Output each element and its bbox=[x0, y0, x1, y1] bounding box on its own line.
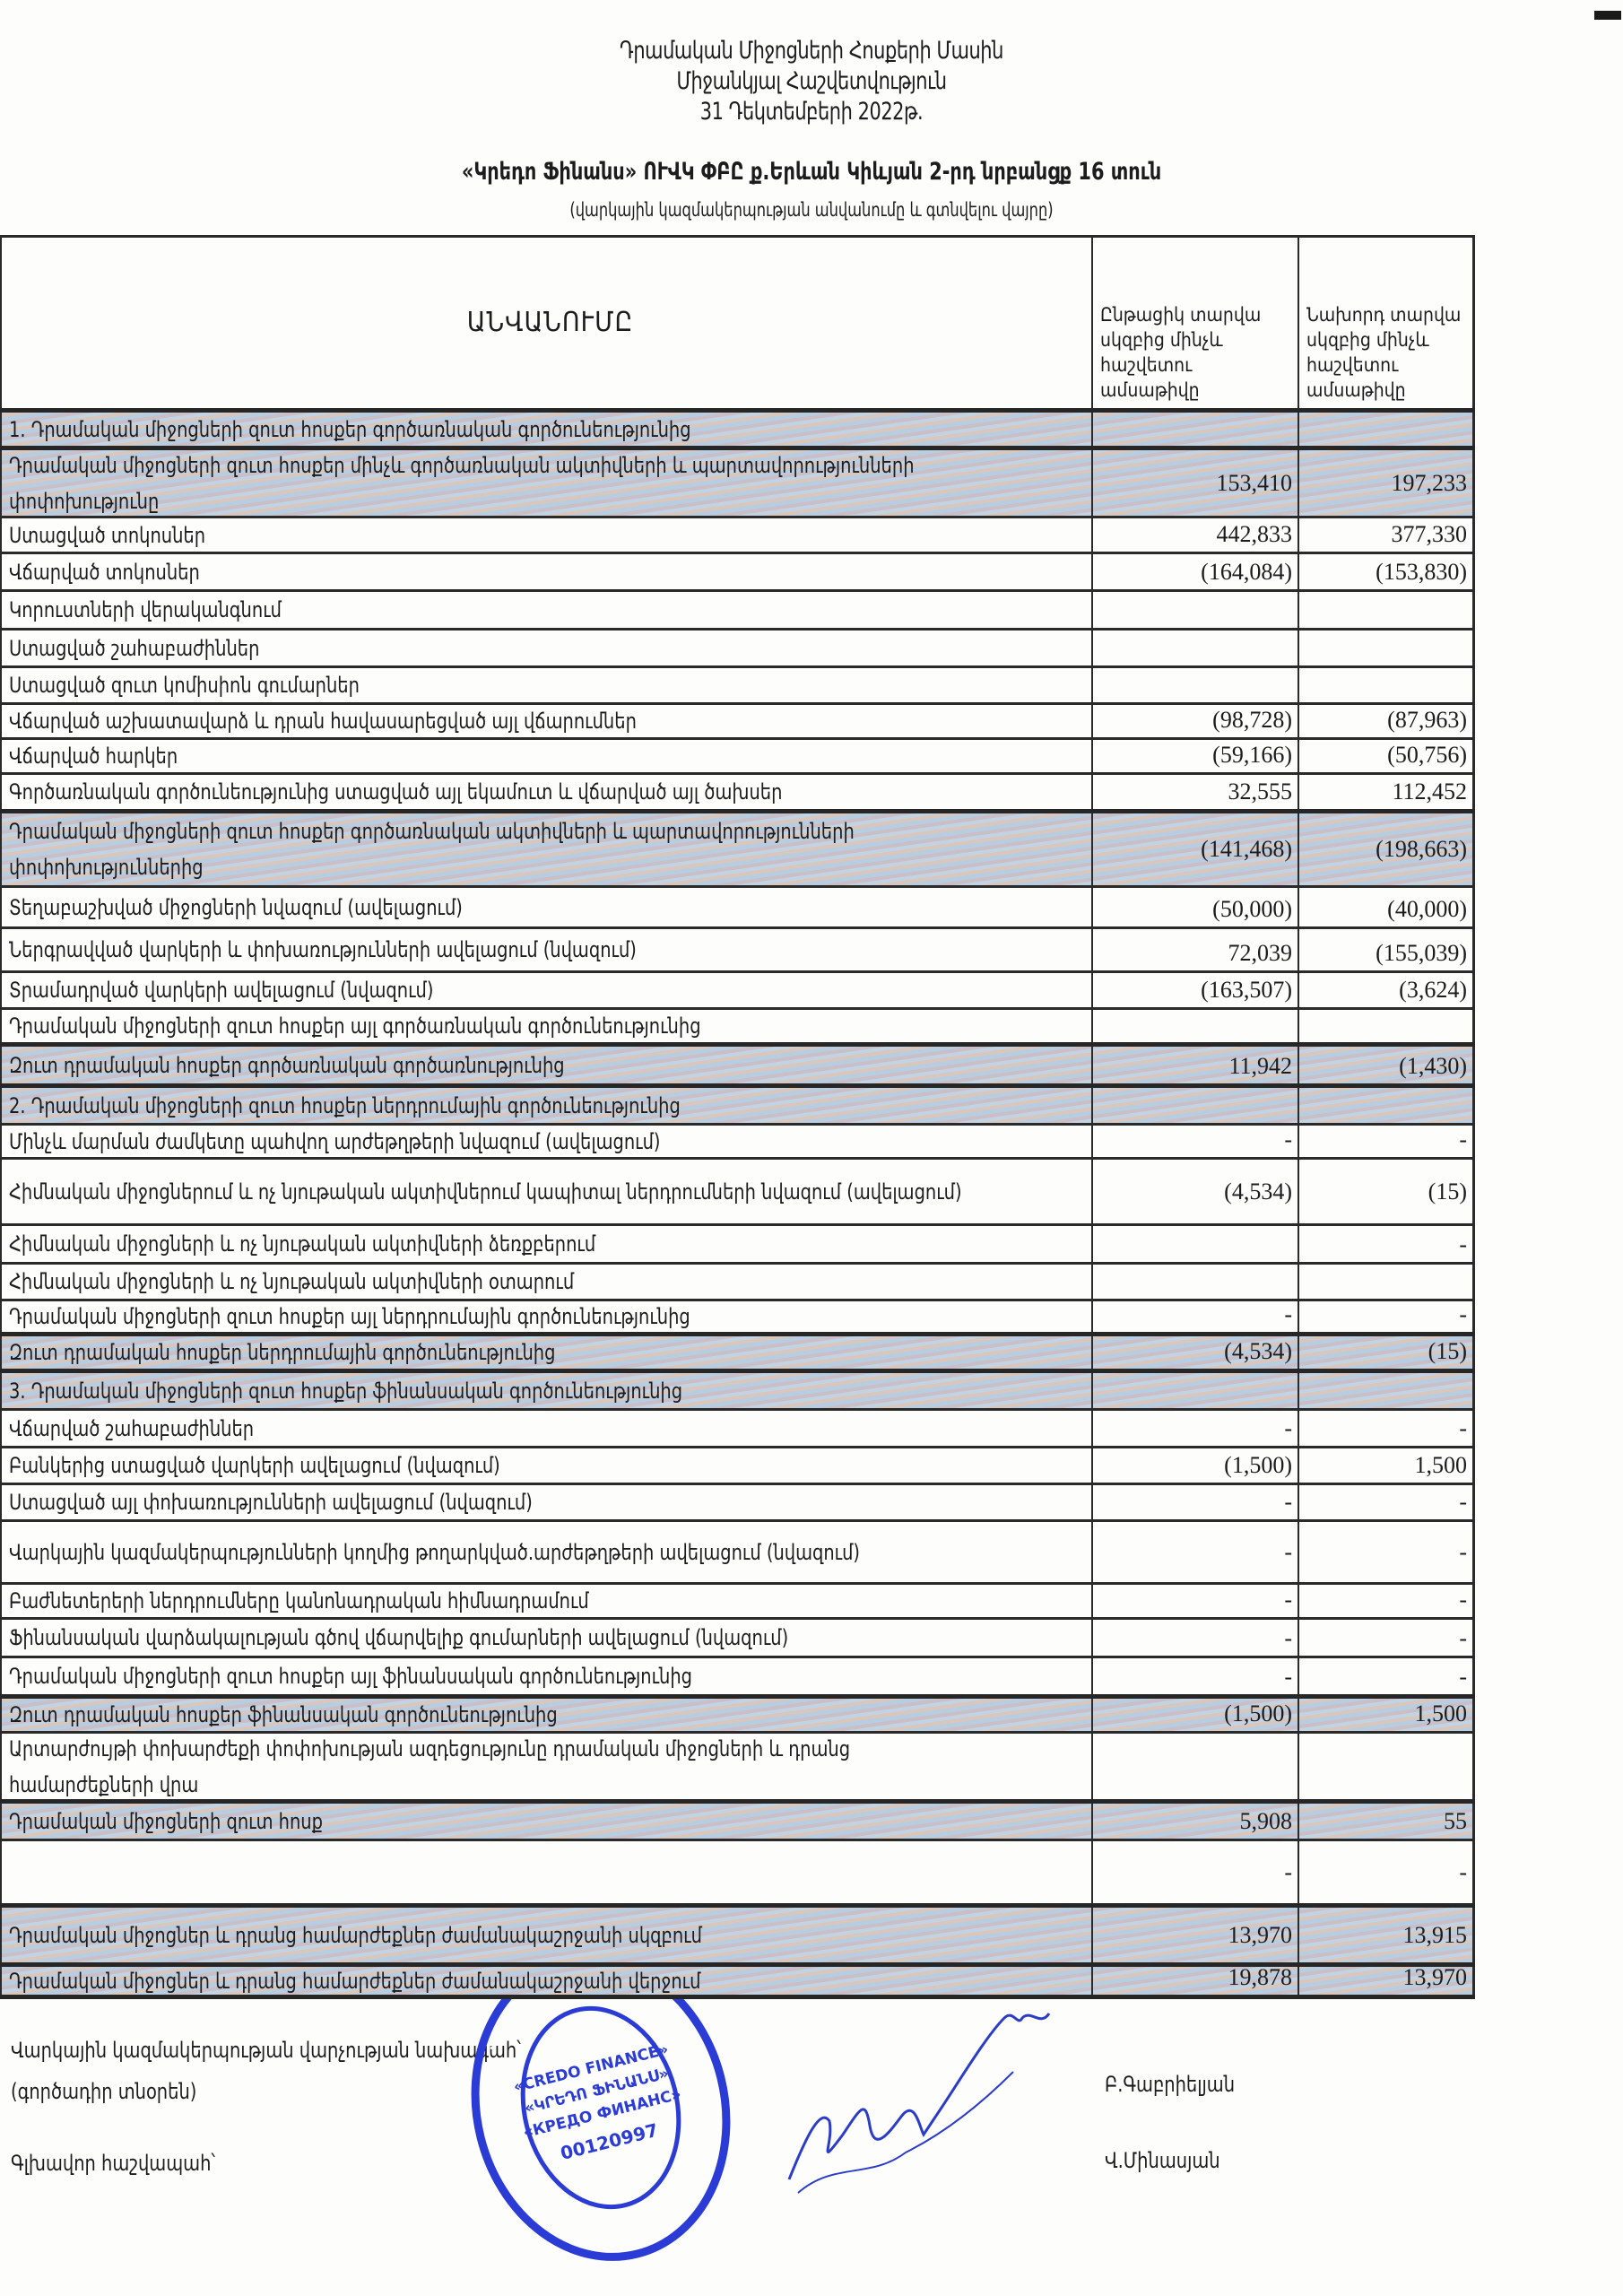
value-previous bbox=[1298, 1373, 1475, 1408]
row-label-text: Մինչև մարման ժամկետը պահվող արժեթղթերի ն… bbox=[9, 1124, 661, 1160]
value-previous: (153,830) bbox=[1298, 554, 1475, 589]
column-header-current: Ընթացիկ տարվա սկզբից մինչև հաշվետու ամսա… bbox=[1091, 238, 1298, 408]
value-previous: - bbox=[1298, 1301, 1475, 1332]
value-previous-text: 1,500 bbox=[1415, 1700, 1468, 1727]
row-label-text: Ստացված շահաբաժիններ bbox=[9, 631, 259, 666]
value-current-text: 13,970 bbox=[1228, 1922, 1293, 1949]
value-previous-text: 13,970 bbox=[1403, 1964, 1468, 1991]
value-previous: - bbox=[1298, 1226, 1475, 1262]
title-line-3: 31 Դեկտեմբերի 2022թ. bbox=[114, 97, 1510, 127]
row-label-text: Հիմնական միջոցների և ոչ նյութական ակտիվն… bbox=[9, 1226, 595, 1262]
value-current: - bbox=[1091, 1620, 1298, 1656]
table-row: Դրամական միջոցների զուտ հոսքեր այլ ֆինան… bbox=[0, 1656, 1475, 1694]
row-label: 3. Դրամական միջոցների զուտ հոսքեր ֆինանս… bbox=[0, 1373, 1091, 1408]
value-current bbox=[1091, 1373, 1298, 1408]
value-previous-text: - bbox=[1459, 1126, 1467, 1153]
row-label: Գործառնական գործունեությունից ստացված այ… bbox=[0, 775, 1091, 809]
value-current: - bbox=[1091, 1485, 1298, 1519]
value-previous-text: (153,830) bbox=[1376, 559, 1467, 586]
value-current-text: (141,468) bbox=[1201, 836, 1292, 863]
row-label-text: Ստացված այլ փոխառությունների ավելացում (… bbox=[9, 1484, 533, 1520]
value-previous-text: 1,500 bbox=[1415, 1452, 1468, 1479]
table-row: Վարկային կազմակերպությունների կողմից թող… bbox=[0, 1519, 1475, 1582]
table-row: Ստացված զուտ կոմիսիոն գումարներ bbox=[0, 665, 1475, 702]
table-row: Ստացված տոկոսներ442,833377,330 bbox=[0, 516, 1475, 552]
row-label: Հիմնական միջոցների և ոչ նյութական ակտիվն… bbox=[0, 1265, 1091, 1299]
row-label: Վճարված աշխատավարձ և դրան հավասարեցված ա… bbox=[0, 705, 1091, 737]
table-row: Մինչև մարման ժամկետը պահվող արժեթղթերի ն… bbox=[0, 1123, 1475, 1157]
value-current-text: 11,942 bbox=[1228, 1053, 1292, 1080]
director-caption: (գործադիր տնօրեն) bbox=[11, 2079, 196, 2104]
value-current-text: (163,507) bbox=[1201, 977, 1292, 1004]
table-row: Ստացված շահաբաժիններ bbox=[0, 628, 1475, 665]
value-previous: (3,624) bbox=[1298, 973, 1475, 1007]
value-current-text: - bbox=[1284, 1625, 1292, 1652]
table-bottom-border bbox=[0, 1995, 1475, 1999]
table-row: Վճարված տոկոսներ(164,084)(153,830) bbox=[0, 552, 1475, 589]
value-previous-text: (198,663) bbox=[1376, 836, 1467, 863]
value-current-text: - bbox=[1284, 1859, 1292, 1886]
value-previous bbox=[1298, 1088, 1475, 1123]
value-previous-text: (1,430) bbox=[1399, 1053, 1467, 1080]
row-label: Ստացված տոկոսներ bbox=[0, 518, 1091, 552]
row-label-text: Հիմնական միջոցներում և ոչ նյութական ակտի… bbox=[9, 1174, 962, 1210]
row-label: Տրամադրված վարկերի ավելացում (նվազում) bbox=[0, 973, 1091, 1007]
row-label-text: Դրամական միջոցների զուտ հոսք bbox=[9, 1804, 323, 1839]
value-previous-text: - bbox=[1459, 1625, 1467, 1652]
value-current: 153,410 bbox=[1091, 450, 1298, 516]
row-label-text: Զուտ դրամական հոսքեր ներդրումային գործու… bbox=[9, 1335, 555, 1370]
table-row: Բանկերից ստացված վարկերի ավելացում (նվազ… bbox=[0, 1446, 1475, 1483]
table-row: Դրամական միջոցների զուտ հոսք5,90855 bbox=[0, 1799, 1475, 1839]
value-current-text: (98,728) bbox=[1212, 707, 1292, 734]
table-row: Հիմնական միջոցների և ոչ նյութական ակտիվն… bbox=[0, 1223, 1475, 1262]
row-label-text: Զուտ դրամական հոսքեր գործառնական գործառն… bbox=[9, 1048, 565, 1083]
value-previous bbox=[1298, 1265, 1475, 1299]
table-row: 1. Դրամական միջոցների զուտ հոսքեր գործառ… bbox=[0, 408, 1475, 446]
value-previous-text: - bbox=[1459, 1539, 1467, 1566]
value-current: 19,878 bbox=[1091, 1967, 1298, 1995]
value-previous: (198,663) bbox=[1298, 813, 1475, 885]
value-previous-text: - bbox=[1459, 1415, 1467, 1442]
row-label: Ստացված այլ փոխառությունների ավելացում (… bbox=[0, 1485, 1091, 1519]
row-label: Զուտ դրամական հոսքեր գործառնական գործառն… bbox=[0, 1047, 1091, 1083]
value-previous: (15) bbox=[1298, 1160, 1475, 1223]
value-current: 13,970 bbox=[1091, 1908, 1298, 1962]
row-label-text: 3. Դրամական միջոցների զուտ հոսքեր ֆինանս… bbox=[9, 1373, 682, 1409]
column-header-previous: Նախորդ տարվա սկզբից մինչև հաշվետու ամսաթ… bbox=[1298, 238, 1475, 408]
row-label: Հիմնական միջոցների և ոչ նյութական ակտիվն… bbox=[0, 1226, 1091, 1262]
value-previous-text: (87,963) bbox=[1387, 707, 1467, 734]
table-row: Վճարված հարկեր(59,166)(50,756) bbox=[0, 737, 1475, 772]
row-label-text: 2. Դրամական միջոցների զուտ հոսքեր ներդրո… bbox=[9, 1088, 681, 1124]
value-current: (4,534) bbox=[1091, 1160, 1298, 1223]
value-previous-text: 377,330 bbox=[1392, 521, 1468, 548]
value-current-text: (1,500) bbox=[1224, 1700, 1292, 1727]
row-label-text: Վճարված տոկոսներ bbox=[9, 554, 200, 590]
value-current: (141,468) bbox=[1091, 813, 1298, 885]
row-label: Դրամական միջոցներ և դրանց համարժեքներ ժա… bbox=[0, 1967, 1091, 1995]
accountant-name: Վ.Մինասյան bbox=[1105, 2148, 1220, 2173]
table-row: Զուտ դրամական հոսքեր գործառնական գործառն… bbox=[0, 1042, 1475, 1083]
row-label-text: Ֆինանսական վարձակալության գծով վճարվելիք… bbox=[9, 1620, 788, 1656]
value-previous: (87,963) bbox=[1298, 705, 1475, 737]
value-previous: 112,452 bbox=[1298, 775, 1475, 809]
value-previous: (50,756) bbox=[1298, 740, 1475, 772]
value-current-text: 32,555 bbox=[1228, 778, 1293, 805]
row-label: Արտարժույթի փոխարժեքի փոփոխության ազդեցո… bbox=[0, 1734, 1091, 1799]
table-row: Վճարված աշխատավարձ և դրան հավասարեցված ա… bbox=[0, 702, 1475, 737]
value-previous: - bbox=[1298, 1485, 1475, 1519]
value-previous-text: (40,000) bbox=[1387, 896, 1467, 923]
value-previous: 197,233 bbox=[1298, 450, 1475, 516]
value-previous: 13,915 bbox=[1298, 1908, 1475, 1962]
value-previous-text: 197,233 bbox=[1392, 470, 1468, 497]
company-caption: (վարկային կազմակերպության անվանումը և գտ… bbox=[114, 199, 1510, 221]
row-label: Տեղաբաշխված միջոցների նվազում (ավելացում… bbox=[0, 888, 1091, 926]
row-label-text: Վճարված շահաբաժիններ bbox=[9, 1411, 254, 1447]
value-previous: 55 bbox=[1298, 1804, 1475, 1839]
value-previous: - bbox=[1298, 1841, 1475, 1903]
company-name-address: «Կրեդո Ֆինանս» ՈՒՎԿ ՓԲԸ ք.Երևան Կիևյան 2… bbox=[114, 158, 1510, 186]
table-row: Ստացված այլ փոխառությունների ավելացում (… bbox=[0, 1483, 1475, 1519]
row-label-text: Ստացված զուտ կոմիսիոն գումարներ bbox=[9, 667, 360, 703]
row-label-text: Արտարժույթի փոխարժեքի փոփոխության ազդեցո… bbox=[9, 1731, 983, 1803]
value-current bbox=[1091, 1265, 1298, 1299]
value-previous bbox=[1298, 1010, 1475, 1042]
value-previous bbox=[1298, 413, 1475, 446]
value-current-text: 5,908 bbox=[1240, 1808, 1293, 1835]
row-label: Վճարված հարկեր bbox=[0, 740, 1091, 772]
row-label-text: Տրամադրված վարկերի ավելացում (նվազում) bbox=[9, 972, 433, 1008]
row-label: Դրամական միջոցների զուտ հոսքեր գործառնակ… bbox=[0, 813, 1091, 885]
title-line-1: Դրամական Միջոցների Հոսքերի Մասին bbox=[114, 36, 1510, 66]
row-label-text: Ներգրավված վարկերի և փոխառությունների ավ… bbox=[9, 932, 637, 968]
value-previous-text: - bbox=[1459, 1587, 1467, 1613]
value-current: - bbox=[1091, 1301, 1298, 1332]
row-label: Հիմնական միջոցներում և ոչ նյութական ակտի… bbox=[0, 1160, 1091, 1223]
value-current-text: - bbox=[1284, 1489, 1292, 1516]
column-header-name: ԱՆՎԱՆՈՒՄԸ bbox=[0, 238, 1091, 408]
row-label-text: Դրամական միջոցների զուտ հոսքեր մինչև գոր… bbox=[9, 448, 983, 519]
value-current: (1,500) bbox=[1091, 1448, 1298, 1483]
row-label-text: Ստացված տոկոսներ bbox=[9, 517, 205, 553]
row-label: 1. Դրամական միջոցների զուտ հոսքեր գործառ… bbox=[0, 413, 1091, 446]
value-previous: (155,039) bbox=[1298, 929, 1475, 970]
value-previous: - bbox=[1298, 1522, 1475, 1582]
row-label: Դրամական միջոցների զուտ հոսք bbox=[0, 1804, 1091, 1839]
value-current: (4,534) bbox=[1091, 1336, 1298, 1369]
value-current-text: - bbox=[1284, 1301, 1292, 1328]
value-current: (98,728) bbox=[1091, 705, 1298, 737]
value-current bbox=[1091, 1226, 1298, 1262]
value-current-text: - bbox=[1284, 1126, 1292, 1153]
row-label-text: Գործառնական գործունեությունից ստացված այ… bbox=[9, 774, 782, 810]
value-previous: (15) bbox=[1298, 1336, 1475, 1369]
value-previous-text: 112,452 bbox=[1392, 778, 1467, 805]
value-current-text: (164,084) bbox=[1201, 559, 1292, 586]
row-label-text: Բանկերից ստացված վարկերի ավելացում (նվազ… bbox=[9, 1448, 500, 1483]
value-current-text: - bbox=[1284, 1664, 1292, 1691]
value-current-text: 19,878 bbox=[1228, 1964, 1293, 1991]
value-previous: - bbox=[1298, 1620, 1475, 1656]
value-current: - bbox=[1091, 1658, 1298, 1694]
row-label: Դրամական միջոցների զուտ հոսքեր մինչև գոր… bbox=[0, 450, 1091, 516]
table-row: 3. Դրամական միջոցների զուտ հոսքեր ֆինանս… bbox=[0, 1369, 1475, 1408]
director-label: Վարկային կազմակերպության վարչության նախա… bbox=[11, 2038, 521, 2063]
table-row: Դրամական միջոցների զուտ հոսքեր այլ գործա… bbox=[0, 1007, 1475, 1042]
table-row: Հիմնական միջոցներում և ոչ նյութական ակտի… bbox=[0, 1157, 1475, 1223]
value-current bbox=[1091, 592, 1298, 628]
value-current: - bbox=[1091, 1522, 1298, 1582]
signature-icon bbox=[780, 2000, 1076, 2206]
value-current bbox=[1091, 631, 1298, 665]
value-previous: 1,500 bbox=[1298, 1699, 1475, 1731]
value-current-text: - bbox=[1284, 1539, 1292, 1566]
row-label: Զուտ դրամական հոսքեր ֆինանսական գործունե… bbox=[0, 1699, 1091, 1731]
value-current: 5,908 bbox=[1091, 1804, 1298, 1839]
value-previous: 13,970 bbox=[1298, 1967, 1475, 1995]
value-current: - bbox=[1091, 1411, 1298, 1446]
value-previous-text: (155,039) bbox=[1376, 940, 1467, 967]
value-current bbox=[1091, 1010, 1298, 1042]
value-previous-text: - bbox=[1459, 1664, 1467, 1691]
value-current: (50,000) bbox=[1091, 888, 1298, 926]
accountant-label: Գլխավոր հաշվապահ՝ bbox=[11, 2151, 215, 2176]
table-row: Դրամական միջոցներ և դրանց համարժեքներ ժա… bbox=[0, 1903, 1475, 1962]
row-label: Վճարված տոկոսներ bbox=[0, 554, 1091, 589]
row-label: Բանկերից ստացված վարկերի ավելացում (նվազ… bbox=[0, 1448, 1091, 1483]
value-current-text: (50,000) bbox=[1212, 896, 1292, 923]
row-label: Վճարված շահաբաժիններ bbox=[0, 1411, 1091, 1446]
row-label: Մինչև մարման ժամկետը պահվող արժեթղթերի ն… bbox=[0, 1126, 1091, 1157]
value-current: - bbox=[1091, 1126, 1298, 1157]
row-label-text: Դրամական միջոցներ և դրանց համարժեքներ ժա… bbox=[9, 1963, 700, 1999]
value-previous bbox=[1298, 668, 1475, 702]
table-row: Դրամական միջոցներ և դրանց համարժեքներ ժա… bbox=[0, 1962, 1475, 1995]
row-label-text: Զուտ դրամական հոսքեր ֆինանսական գործունե… bbox=[9, 1697, 558, 1733]
value-previous: - bbox=[1298, 1658, 1475, 1694]
value-previous-text: - bbox=[1459, 1231, 1467, 1258]
value-current: (164,084) bbox=[1091, 554, 1298, 589]
value-current bbox=[1091, 1734, 1298, 1799]
value-current: 11,942 bbox=[1091, 1047, 1298, 1083]
value-current: (163,507) bbox=[1091, 973, 1298, 1007]
value-current-text: - bbox=[1284, 1415, 1292, 1442]
scan-mark bbox=[1594, 11, 1621, 20]
value-current: 442,833 bbox=[1091, 518, 1298, 552]
table-row: Տեղաբաշխված միջոցների նվազում (ավելացում… bbox=[0, 885, 1475, 926]
value-previous-text: - bbox=[1459, 1859, 1467, 1886]
value-previous: 1,500 bbox=[1298, 1448, 1475, 1483]
value-previous: - bbox=[1298, 1411, 1475, 1446]
table-row: Կորուստների վերականգնում bbox=[0, 589, 1475, 628]
row-label: Զուտ դրամական հոսքեր ներդրումային գործու… bbox=[0, 1336, 1091, 1369]
row-label-text: Բաժնետերերի ներդրումները կանոնադրական հի… bbox=[9, 1583, 589, 1619]
row-label-text: Վարկային կազմակերպությունների կողմից թող… bbox=[9, 1535, 860, 1570]
value-current-text: 153,410 bbox=[1217, 470, 1293, 497]
table-row: -- bbox=[0, 1839, 1475, 1903]
value-previous-text: - bbox=[1459, 1301, 1467, 1328]
row-label-text: 1. Դրամական միջոցների զուտ հոսքեր գործառ… bbox=[9, 412, 691, 448]
table-header: ԱՆՎԱՆՈՒՄԸԸնթացիկ տարվա սկզբից մինչև հաշվ… bbox=[0, 235, 1475, 408]
row-label: Ստացված շահաբաժիններ bbox=[0, 631, 1091, 665]
table-row: Դրամական միջոցների զուտ հոսքեր մինչև գոր… bbox=[0, 446, 1475, 516]
row-label-text: Դրամական միջոցների զուտ հոսքեր գործառնակ… bbox=[9, 813, 983, 885]
value-current-text: - bbox=[1284, 1587, 1292, 1613]
table-row: Հիմնական միջոցների և ոչ նյութական ակտիվն… bbox=[0, 1262, 1475, 1299]
value-previous-text: - bbox=[1459, 1489, 1467, 1516]
row-label-text: Վճարված հարկեր bbox=[9, 738, 178, 774]
value-previous-text: (50,756) bbox=[1387, 742, 1467, 769]
value-previous-text: (3,624) bbox=[1399, 977, 1467, 1004]
value-previous: - bbox=[1298, 1585, 1475, 1617]
table-row: Ֆինանսական վարձակալության գծով վճարվելիք… bbox=[0, 1617, 1475, 1656]
value-current: - bbox=[1091, 1841, 1298, 1903]
value-previous-text: 13,915 bbox=[1403, 1922, 1468, 1949]
value-current bbox=[1091, 1088, 1298, 1123]
table-row: Զուտ դրամական հոսքեր ֆինանսական գործունե… bbox=[0, 1694, 1475, 1731]
value-current: 72,039 bbox=[1091, 929, 1298, 970]
value-previous-text: 55 bbox=[1444, 1808, 1467, 1835]
value-current: - bbox=[1091, 1585, 1298, 1617]
value-previous bbox=[1298, 631, 1475, 665]
row-label-text: Կորուստների վերականգնում bbox=[9, 592, 282, 628]
value-current: (59,166) bbox=[1091, 740, 1298, 772]
row-label-text: Հիմնական միջոցների և ոչ նյութական ակտիվն… bbox=[9, 1264, 574, 1300]
table-row: Գործառնական գործունեությունից ստացված այ… bbox=[0, 772, 1475, 809]
value-previous bbox=[1298, 592, 1475, 628]
title-line-2: Միջանկյալ Հաշվետվություն bbox=[114, 66, 1510, 97]
row-label-text: Վճարված աշխատավարձ և դրան հավասարեցված ա… bbox=[9, 703, 637, 739]
row-label: 2. Դրամական միջոցների զուտ հոսքեր ներդրո… bbox=[0, 1088, 1091, 1123]
row-label-text: Դրամական միջոցների զուտ հոսքեր այլ ներդր… bbox=[9, 1299, 690, 1335]
row-label: Ֆինանսական վարձակալության գծով վճարվելիք… bbox=[0, 1620, 1091, 1656]
row-label: Կորուստների վերականգնում bbox=[0, 592, 1091, 628]
row-label: Ներգրավված վարկերի և փոխառությունների ավ… bbox=[0, 929, 1091, 970]
row-label: Վարկային կազմակերպությունների կողմից թող… bbox=[0, 1522, 1091, 1582]
table-row: Դրամական միջոցների զուտ հոսքեր այլ ներդր… bbox=[0, 1299, 1475, 1332]
column-header-name-text: ԱՆՎԱՆՈՒՄԸ bbox=[467, 305, 633, 341]
row-label-text: Դրամական միջոցներ և դրանց համարժեքներ ժա… bbox=[9, 1918, 702, 1953]
report-title: Դրամական Միջոցների Հոսքերի Մասին Միջանկյ… bbox=[0, 36, 1623, 127]
table-row: Տրամադրված վարկերի ավելացում (նվազում)(1… bbox=[0, 970, 1475, 1007]
row-label: Ստացված զուտ կոմիսիոն գումարներ bbox=[0, 668, 1091, 702]
table-row: Ներգրավված վարկերի և փոխառությունների ավ… bbox=[0, 926, 1475, 970]
director-name: Բ.Գաբրիելյան bbox=[1105, 2072, 1235, 2097]
value-current-text: (59,166) bbox=[1212, 742, 1292, 769]
value-current bbox=[1091, 668, 1298, 702]
value-previous: (1,430) bbox=[1298, 1047, 1475, 1083]
value-current-text: (4,534) bbox=[1224, 1338, 1292, 1365]
value-current-text: 72,039 bbox=[1228, 940, 1293, 967]
row-label: Դրամական միջոցների զուտ հոսքեր այլ գործա… bbox=[0, 1010, 1091, 1042]
table-row: Արտարժույթի փոխարժեքի փոփոխության ազդեցո… bbox=[0, 1731, 1475, 1799]
value-previous-text: (15) bbox=[1428, 1178, 1467, 1205]
value-current: 32,555 bbox=[1091, 775, 1298, 809]
value-current-text: 442,833 bbox=[1217, 521, 1293, 548]
value-previous bbox=[1298, 1734, 1475, 1799]
value-current-text: (1,500) bbox=[1224, 1452, 1292, 1479]
table-row: Բաժնետերերի ներդրումները կանոնադրական հի… bbox=[0, 1582, 1475, 1617]
value-previous-text: (15) bbox=[1428, 1338, 1467, 1365]
value-previous: 377,330 bbox=[1298, 518, 1475, 552]
row-label-text: Դրամական միջոցների զուտ հոսքեր այլ գործա… bbox=[9, 1008, 701, 1044]
row-label-text: Տեղաբաշխված միջոցների նվազում (ավելացում… bbox=[9, 890, 463, 926]
row-label: Դրամական միջոցների զուտ հոսքեր այլ ֆինան… bbox=[0, 1658, 1091, 1694]
row-label: Բաժնետերերի ներդրումները կանոնադրական հի… bbox=[0, 1585, 1091, 1617]
value-previous: - bbox=[1298, 1126, 1475, 1157]
row-label: Դրամական միջոցների զուտ հոսքեր այլ ներդր… bbox=[0, 1301, 1091, 1332]
table-row: 2. Դրամական միջոցների զուտ հոսքեր ներդրո… bbox=[0, 1083, 1475, 1123]
row-label bbox=[0, 1841, 1091, 1903]
value-previous: (40,000) bbox=[1298, 888, 1475, 926]
row-label-text: Դրամական միջոցների զուտ հոսքեր այլ ֆինան… bbox=[9, 1658, 692, 1694]
row-label: Դրամական միջոցներ և դրանց համարժեքներ ժա… bbox=[0, 1908, 1091, 1962]
table-row: Վճարված շահաբաժիններ-- bbox=[0, 1408, 1475, 1446]
value-current-text: (4,534) bbox=[1224, 1178, 1292, 1205]
value-current bbox=[1091, 413, 1298, 446]
table-row: Զուտ դրամական հոսքեր ներդրումային գործու… bbox=[0, 1332, 1475, 1369]
value-current: (1,500) bbox=[1091, 1699, 1298, 1731]
table-row: Դրամական միջոցների զուտ հոսքեր գործառնակ… bbox=[0, 809, 1475, 885]
